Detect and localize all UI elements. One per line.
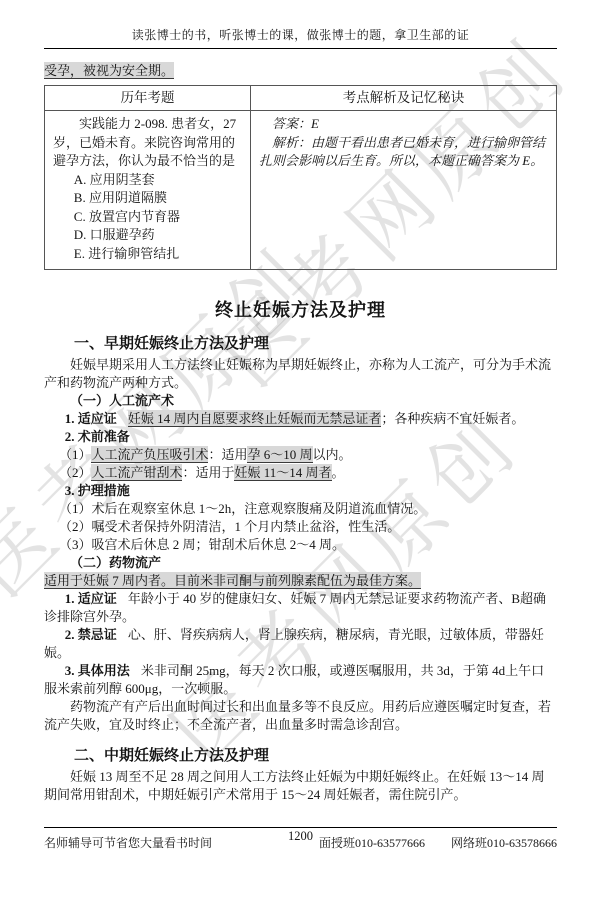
- footer-slogan: 名师辅导可节省您大量看书时间: [44, 834, 212, 851]
- footer-contacts: 面授班010-63577666网络班010-63578666: [293, 834, 557, 851]
- item-text: ：适用: [208, 447, 247, 462]
- section-2-body: 妊娠 13 周至不足 28 周之间用人工方法终止妊娠为中期妊娠终止。在妊娠 13…: [44, 768, 557, 804]
- option-a: A. 应用阴茎套: [74, 171, 242, 190]
- care-item-2: （2）嘱受术者保持外阴清洁，1 个月内禁止盆浴，性生活。: [44, 518, 557, 536]
- carryover-line: 受孕，被视为安全期。: [44, 62, 557, 80]
- item-label: 3. 具体用法: [65, 663, 130, 678]
- prep-item-2: （2）人工流产钳刮术：适用于妊娠 11～14 周者。: [44, 464, 557, 482]
- section-1-intro: 妊娠早期采用人工方法终止妊娠称为早期妊娠终止，亦称为人工流产，可分为手术流产和药…: [44, 356, 557, 392]
- question-stem: 实践能力 2-098. 患者女，27 岁，已婚未育。来院咨询常用的避孕方法，你认…: [53, 115, 242, 171]
- item-label: 2. 术前准备: [65, 429, 130, 444]
- med-usage-item: 3. 具体用法米非司酮 25mg，每天 2 次口服，或遵医嘱服用，共 3d，于第…: [44, 662, 557, 698]
- medical-abortion-key-line: 适用于妊娠 7 周内者。目前米非司酮与前列腺素配伍为最佳方案。: [44, 572, 557, 590]
- section-1-heading: 一、早期妊娠终止方法及护理: [44, 334, 557, 354]
- answer-line: 答案：E: [259, 115, 548, 134]
- item-text: 心、肝、肾疾病病人，肾上腺疾病，糖尿病，青光眼，过敏体质，带器妊娠。: [44, 627, 544, 660]
- med-contraindication-item: 2. 禁忌证心、肝、肾疾病病人，肾上腺疾病，糖尿病，青光眼，过敏体质，带器妊娠。: [44, 626, 557, 662]
- table-header-row: 历年考题 考点解析及记忆秘诀: [45, 86, 557, 111]
- item-text: 以内。: [313, 447, 352, 462]
- highlighted-text: 妊娠 14 周内自愿要求终止妊娠而无禁忌证者: [128, 410, 382, 427]
- page-content: 受孕，被视为安全期。 历年考题 考点解析及记忆秘诀 实践能力 2-098. 患者…: [44, 62, 557, 804]
- exam-question-table: 历年考题 考点解析及记忆秘诀 实践能力 2-098. 患者女，27 岁，已婚未育…: [44, 85, 557, 270]
- med-indication-item: 1. 适应证年龄小于 40 岁的健康妇女、妊娠 7 周内无禁忌证要求药物流产者、…: [44, 590, 557, 626]
- column-header-analysis: 考点解析及记忆秘诀: [251, 86, 557, 111]
- nursing-heading: 3. 护理措施: [44, 482, 557, 500]
- item-label: 3. 护理措施: [65, 483, 130, 498]
- care-item-1: （1）术后在观察室休息 1～2h，注意观察腹痛及阴道流血情况。: [44, 500, 557, 518]
- item-label: 1. 适应证: [65, 411, 117, 426]
- highlighted-text: 孕 6～10 周: [247, 446, 312, 463]
- document-page: 医考网原创 医考网原创 医考网原创 读张博士的书，听张博士的课，做张博士的题，拿…: [0, 0, 600, 912]
- header-slogan: 读张博士的书，听张博士的课，做张博士的题，拿卫生部的证: [44, 26, 557, 43]
- option-b: B. 应用阴道隔膜: [74, 189, 242, 208]
- table-body-row: 实践能力 2-098. 患者女，27 岁，已婚未育。来院咨询常用的避孕方法，你认…: [45, 111, 557, 270]
- option-c: C. 放置宫内节育器: [74, 208, 242, 227]
- classroom-phone: 面授班010-63577666: [319, 836, 425, 850]
- item-prefix: （1）: [59, 447, 92, 462]
- indication-item: 1. 适应证妊娠 14 周内自愿要求终止妊娠而无禁忌证者；各种疾病不宜妊娠者。: [44, 410, 557, 428]
- highlighted-text: 人工流产负压吸引术: [91, 446, 208, 463]
- prep-item-1: （1）人工流产负压吸引术：适用孕 6～10 周以内。: [44, 446, 557, 464]
- analysis-line: 解析：由题干看出患者已婚未育，进行输卵管结扎则会影响以后生育。所以，本题正确答案…: [259, 134, 548, 171]
- item-label: 1. 适应证: [65, 591, 117, 606]
- header-divider: [44, 48, 557, 49]
- preop-prep-heading: 2. 术前准备: [44, 428, 557, 446]
- footer-row: 名师辅导可节省您大量看书时间 1200 面授班010-63577666网络班01…: [44, 834, 557, 850]
- question-cell: 实践能力 2-098. 患者女，27 岁，已婚未育。来院咨询常用的避孕方法，你认…: [45, 111, 251, 270]
- item-text: 年龄小于 40 岁的健康妇女、妊娠 7 周内无禁忌证要求药物流产者、B超确诊排除…: [44, 591, 546, 624]
- item-text: ：适用于: [182, 465, 234, 480]
- option-e: E. 进行输卵管结扎: [74, 245, 242, 264]
- option-d: D. 口服避孕药: [74, 226, 242, 245]
- page-header: 读张博士的书，听张博士的课，做张博士的题，拿卫生部的证: [44, 26, 557, 49]
- highlighted-text: 适用于妊娠 7 周内者。目前米非司酮与前列腺素配伍为最佳方案。: [44, 572, 421, 589]
- subsection-medical-abortion: （二）药物流产: [44, 554, 557, 572]
- section-2-heading: 二、中期妊娠终止方法及护理: [44, 746, 557, 766]
- subsection-artificial-abortion: （一）人工流产术: [44, 392, 557, 410]
- column-header-past-questions: 历年考题: [45, 86, 251, 111]
- item-text: 。: [332, 465, 345, 480]
- article-title: 终止妊娠方法及护理: [44, 298, 557, 322]
- page-footer: 名师辅导可节省您大量看书时间 1200 面授班010-63577666网络班01…: [44, 827, 557, 850]
- online-phone: 网络班010-63578666: [451, 836, 557, 850]
- item-label: 2. 禁忌证: [65, 627, 117, 642]
- med-note-paragraph: 药物流产有产后出血时间过长和出血量多等不良反应。用药后应遵医嘱定时复查，若流产失…: [44, 698, 557, 734]
- care-item-3: （3）吸宫术后休息 2 周；钳刮术后休息 2～4 周。: [44, 536, 557, 554]
- item-text: ；各种疾病不宜妊娠者。: [381, 411, 524, 426]
- highlighted-text: 受孕，被视为安全期。: [44, 62, 174, 79]
- highlighted-text: 妊娠 11～14 周者: [234, 464, 331, 481]
- answer-cell: 答案：E 解析：由题干看出患者已婚未育，进行输卵管结扎则会影响以后生育。所以，本…: [251, 111, 557, 270]
- highlighted-text: 人工流产钳刮术: [91, 464, 182, 481]
- item-prefix: （2）: [59, 465, 92, 480]
- footer-divider: [44, 827, 557, 828]
